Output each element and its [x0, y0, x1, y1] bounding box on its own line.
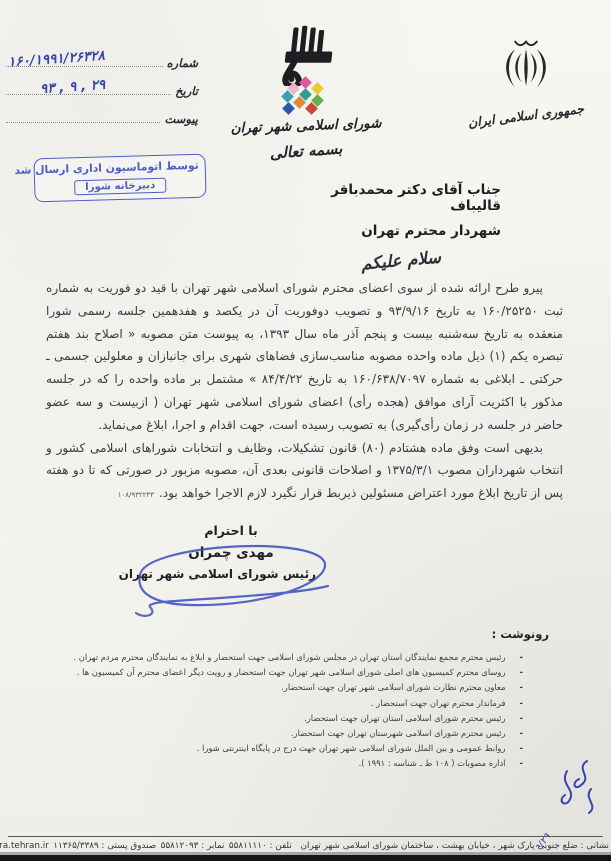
cc-dash: - — [520, 650, 523, 665]
cc-list: -رئیس محترم مجمع نمایندگان استان تهران د… — [18, 650, 523, 772]
logo-diamonds — [274, 78, 338, 116]
stamp-line1: توسط اتوماسیون اداری ارسال شد — [41, 159, 199, 176]
cc-item: -روسای محترم کمیسیون های اصلی شورای اسلا… — [18, 665, 523, 680]
iran-emblem-icon — [494, 34, 558, 104]
recipient-name: جناب آقای دکتر محمدباقر قالیباف — [291, 182, 501, 214]
body-paragraph-2: بدیهی است وفق ماده هشتادم (۸۰) قانون تشک… — [46, 437, 563, 507]
cc-dash: - — [520, 756, 523, 771]
letter-body: پیرو طرح ارائه شده از سوی اعضای محترم شو… — [46, 277, 563, 507]
emblem-caption: جمهوری اسلامی ایران — [459, 100, 594, 131]
cc-item: -رئیس محترم مجمع نمایندگان استان تهران د… — [18, 650, 523, 665]
cc-dash: - — [520, 726, 523, 741]
footer-divider — [8, 836, 603, 837]
body-ref-code: ۱۰۸/۹۳۲۲۴۳ — [98, 484, 159, 507]
cc-dash: - — [520, 711, 523, 726]
stamp-line2: دبیرخانه شورا — [74, 178, 166, 196]
reference-fields: شماره ۱۶۰/۱۹۹۱/۲۶۳۲۸ تاریخ ۹۳ , ۹ , ۲۹ پ… — [6, 42, 198, 126]
date-field: تاریخ ۹۳ , ۹ , ۲۹ — [6, 70, 198, 98]
attachment-dotted-line — [6, 122, 160, 123]
recipient-title: شهردار محترم تهران — [291, 223, 501, 239]
national-emblem-block: جمهوری اسلامی ایران — [459, 34, 593, 123]
cc-item: -معاون محترم نظارت شورای اسلامی شهر تهرا… — [18, 680, 523, 695]
margin-scribble-icon: ۹۳/۹/۲۹ — [531, 755, 609, 847]
cc-item: -اداره مصوبات ( ۱۰۸ ط ـ شناسه : ۱۹۹۱ ). — [18, 756, 523, 771]
attachment-label: پیوست — [160, 112, 198, 126]
number-field: شماره ۱۶۰/۱۹۹۱/۲۶۳۲۸ — [6, 42, 198, 70]
cc-dash: - — [520, 696, 523, 711]
attachment-field: پیوست — [6, 98, 198, 126]
logo-diamond — [282, 102, 295, 115]
cc-dash: - — [520, 665, 523, 680]
recipient-block: جناب آقای دکتر محمدباقر قالیباف شهردار م… — [291, 182, 501, 270]
cc-item: -فرماندار محترم تهران جهت استحضار . — [18, 696, 523, 711]
cc-dash: - — [520, 741, 523, 756]
date-dotted-line — [6, 94, 171, 95]
cc-item: -روابط عمومی و بین الملل شورای اسلامی شه… — [18, 741, 523, 756]
signature-respect: با احترام — [146, 523, 316, 538]
scanned-letter-page: جمهوری اسلامی ایران شورای اسلامی شهر تهر… — [0, 0, 611, 861]
cc-label: رونوشت : — [492, 627, 549, 641]
automation-stamp: توسط اتوماسیون اداری ارسال شد دبیرخانه ش… — [33, 154, 206, 203]
date-label: تاریخ — [171, 84, 198, 98]
signatory-title: رئیس شورای اسلامی شهر تهران — [146, 567, 316, 581]
cc-item: -رئیس محترم شورای اسلامی استان تهران جهت… — [18, 711, 523, 726]
scan-edge — [0, 855, 611, 861]
cc-item: -رئیس محترم شورای اسلامی شهرستان تهران ج… — [18, 726, 523, 741]
salutation-text: سلام علیکم — [330, 245, 471, 276]
cc-dash: - — [520, 680, 523, 695]
bismillah-text: بسمه تعالی — [190, 134, 421, 168]
number-label: شماره — [163, 56, 198, 70]
body-paragraph-1: پیرو طرح ارائه شده از سوی اعضای محترم شو… — [46, 277, 563, 437]
council-logo-title: شورای اسلامی شهر تهران — [190, 114, 420, 138]
footer-address: نشانی : ضلع جنوبی پارک شهر ، خیابان بهشت… — [2, 841, 609, 851]
signature-block: با احترام مهدی چمران رئیس شورای اسلامی ش… — [146, 523, 316, 581]
council-logo-block: شورای اسلامی شهر تهران بسمه تعالی — [191, 24, 421, 160]
signatory-name: مهدی چمران — [146, 545, 316, 561]
